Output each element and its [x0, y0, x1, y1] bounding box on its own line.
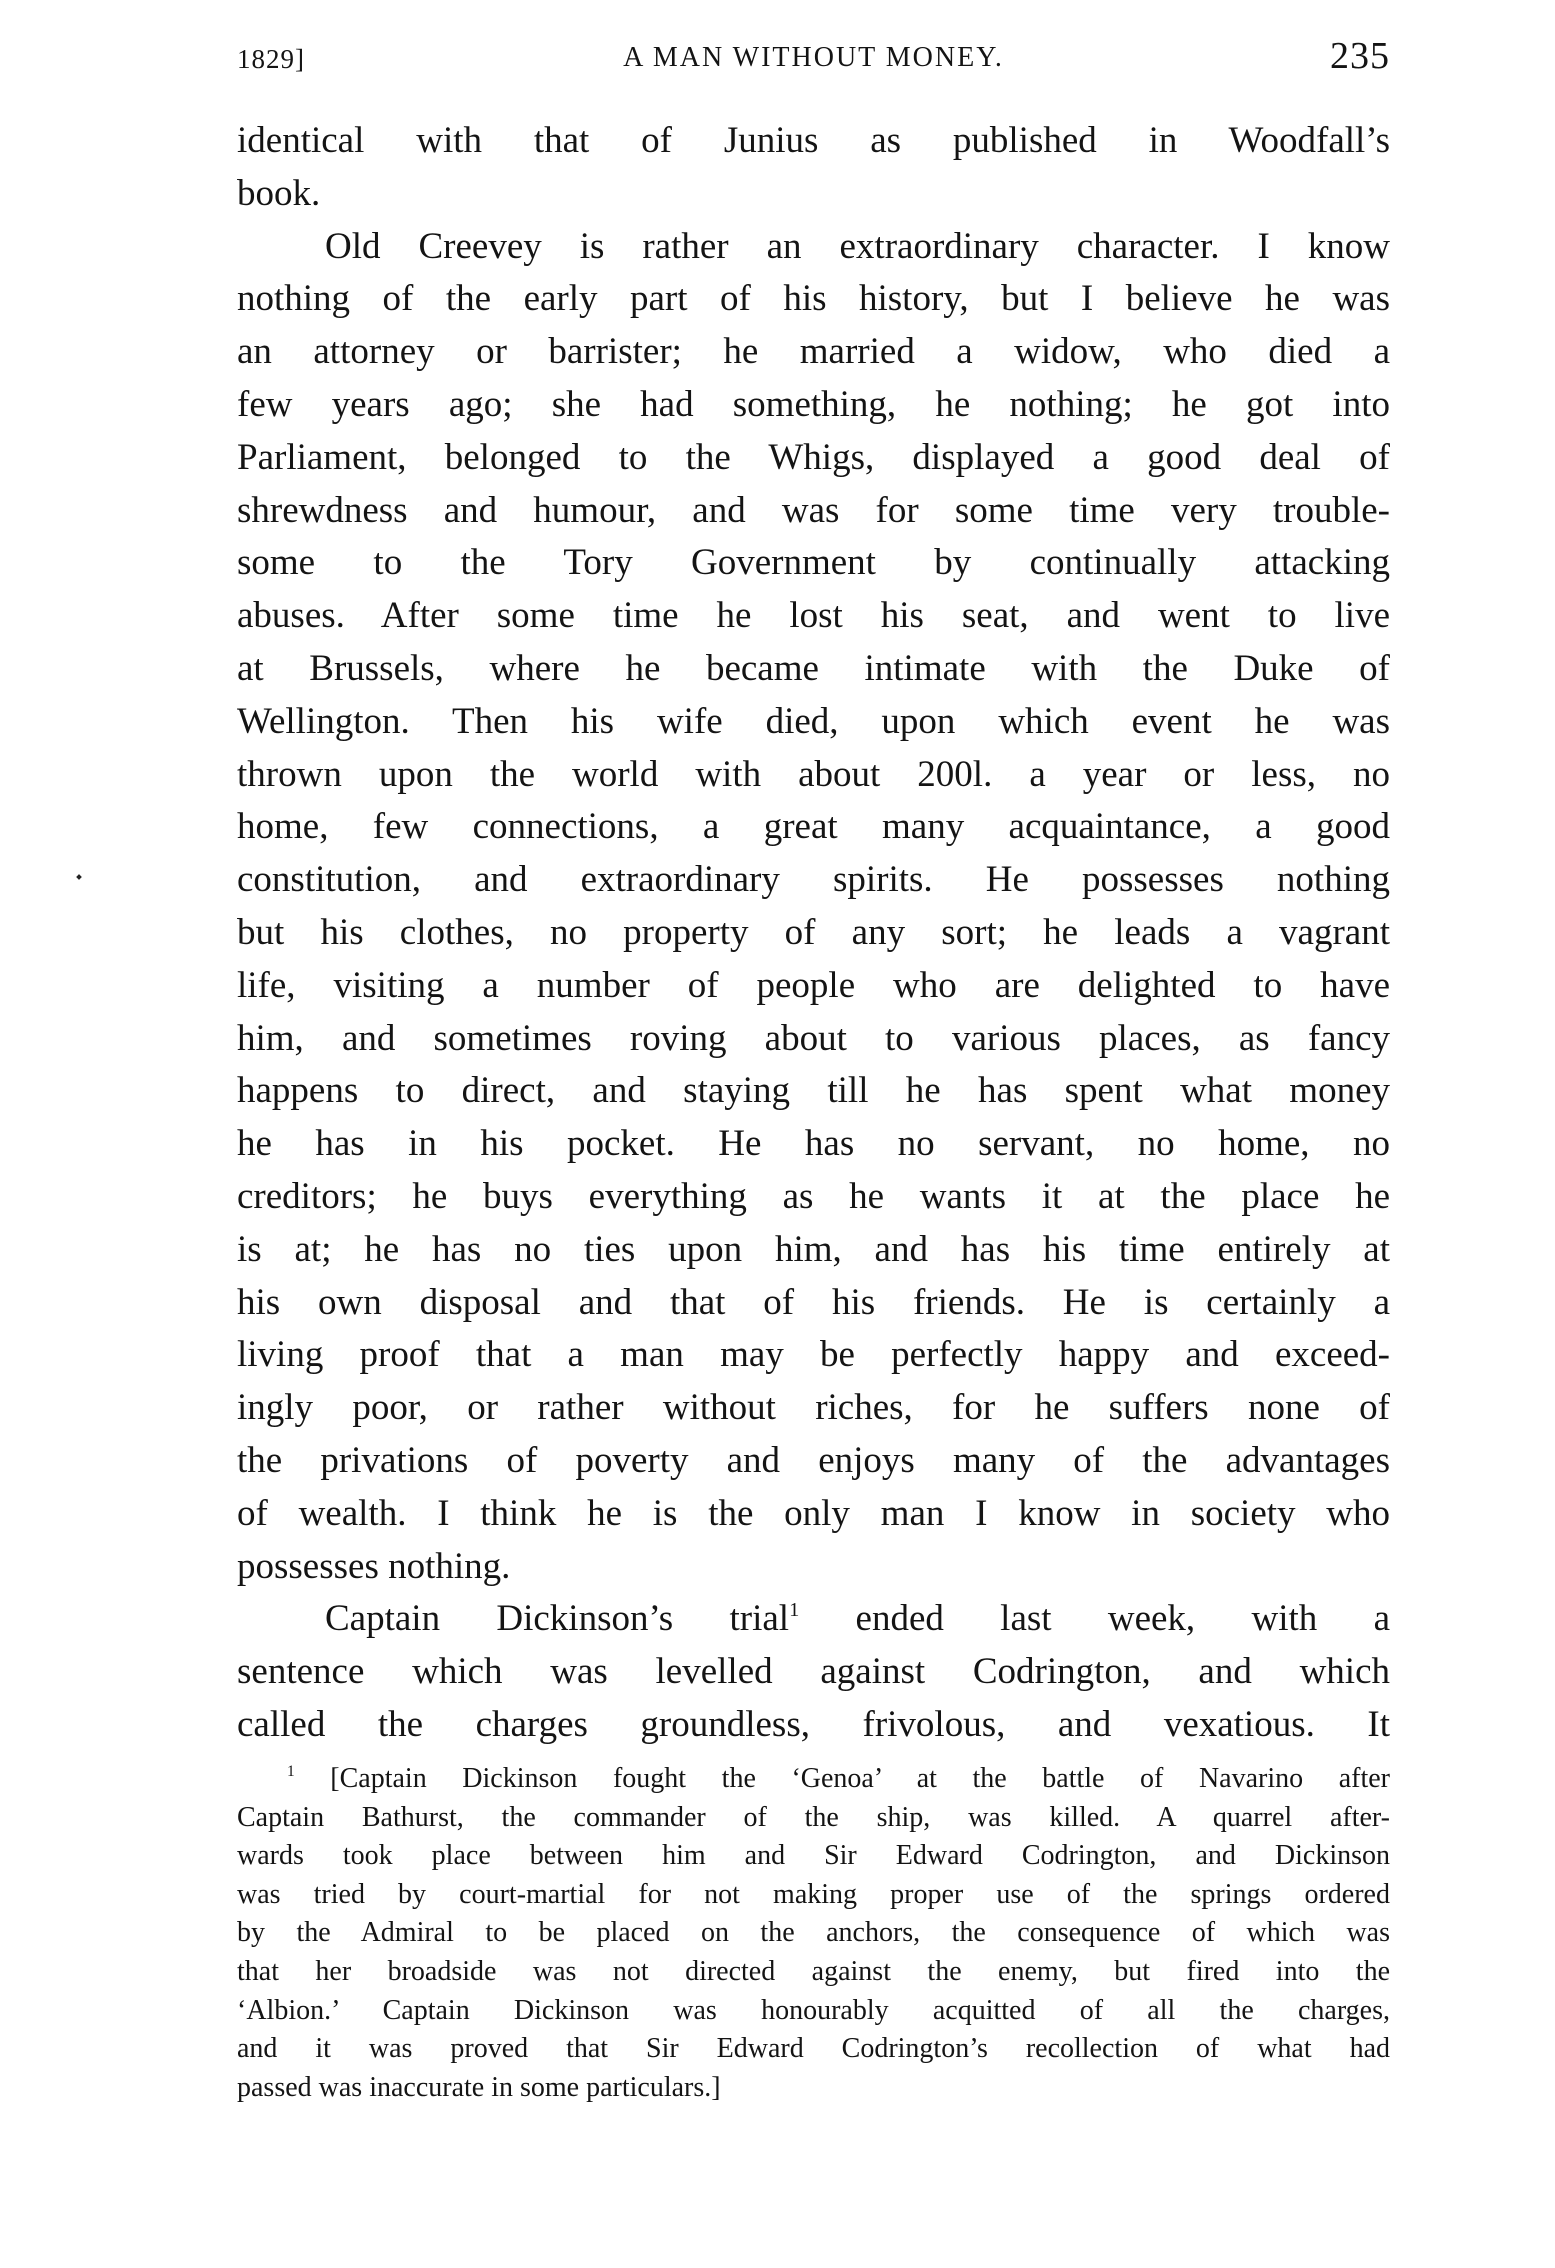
- footnote-line: wards took place between him and Sir Edw…: [237, 1837, 1390, 1876]
- body-line: the privations of poverty and enjoys man…: [237, 1435, 1390, 1488]
- body-line: book.: [237, 168, 1390, 221]
- body-line: possesses nothing.: [237, 1541, 1390, 1594]
- body-line: shrewdness and humour, and was for some …: [237, 485, 1390, 538]
- body-line: few years ago; she had something, he not…: [237, 379, 1390, 432]
- body-line: happens to direct, and staying till he h…: [237, 1065, 1390, 1118]
- body-line: at Brussels, where he became intimate wi…: [237, 643, 1390, 696]
- body-line: identical with that of Junius as publish…: [237, 115, 1390, 168]
- footnote-line: by the Admiral to be placed on the ancho…: [237, 1914, 1390, 1953]
- body-line: his own disposal and that of his friends…: [237, 1277, 1390, 1330]
- body-line: he has in his pocket. He has no servant,…: [237, 1118, 1390, 1171]
- paragraph-start-line: Old Creevey is rather an extraordinary c…: [237, 221, 1390, 274]
- body-line: sentence which was levelled against Codr…: [237, 1646, 1390, 1699]
- body-line-text: Captain Dickinson’s trial: [325, 1598, 789, 1639]
- scan-speck: [76, 874, 82, 880]
- body-line: home, few connections, a great many acqu…: [237, 801, 1390, 854]
- body-line: life, visiting a number of people who ar…: [237, 960, 1390, 1013]
- running-head: 1829] A MAN WITHOUT MONEY. 235: [237, 30, 1390, 80]
- footnote: 1 [Captain Dickinson fought the ‘Genoa’ …: [237, 1760, 1390, 2107]
- footnote-line: was tried by court-martial for not makin…: [237, 1876, 1390, 1915]
- footnote-reference[interactable]: 1: [789, 1599, 799, 1621]
- body-line: living proof that a man may be perfectly…: [237, 1329, 1390, 1382]
- footnote-line: that her broadside was not directed agai…: [237, 1953, 1390, 1992]
- body-line: is at; he has no ties upon him, and has …: [237, 1224, 1390, 1277]
- body-line: of wealth. I think he is the only man I …: [237, 1488, 1390, 1541]
- body-line: Parliament, belonged to the Whigs, displ…: [237, 432, 1390, 485]
- body-line: Wellington. Then his wife died, upon whi…: [237, 696, 1390, 749]
- body-line: nothing of the early part of his history…: [237, 273, 1390, 326]
- body-line: but his clothes, no property of any sort…: [237, 907, 1390, 960]
- page-number: 235: [1330, 34, 1390, 78]
- body-line: constitution, and extraordinary spirits.…: [237, 854, 1390, 907]
- footnote-line: Captain Bathurst, the commander of the s…: [237, 1799, 1390, 1838]
- body-line: him, and sometimes roving about to vario…: [237, 1013, 1390, 1066]
- body-line: some to the Tory Government by continual…: [237, 537, 1390, 590]
- running-head-title: A MAN WITHOUT MONEY.: [237, 42, 1390, 74]
- footnote-text: [Captain Dickinson fought the ‘Genoa’ at…: [330, 1763, 1390, 1794]
- footnote-line: ‘Albion.’ Captain Dickinson was honourab…: [237, 1992, 1390, 2031]
- body-line: called the charges groundless, frivolous…: [237, 1699, 1390, 1752]
- body-line: abuses. After some time he lost his seat…: [237, 590, 1390, 643]
- body-line: an attorney or barrister; he married a w…: [237, 326, 1390, 379]
- footnote-line: passed was inaccurate in some particular…: [237, 2069, 1390, 2108]
- body-line: creditors; he buys everything as he want…: [237, 1171, 1390, 1224]
- footnote-line: 1 [Captain Dickinson fought the ‘Genoa’ …: [237, 1760, 1390, 1799]
- body-line: thrown upon the world with about 200l. a…: [237, 749, 1390, 802]
- footnote-marker: 1: [287, 1763, 295, 1780]
- body-text: identical with that of Junius as publish…: [237, 115, 1390, 1752]
- footnote-line: and it was proved that Sir Edward Codrin…: [237, 2030, 1390, 2069]
- paragraph-start-line: Captain Dickinson’s trial1 ended last we…: [237, 1593, 1390, 1646]
- body-line: ingly poor, or rather without riches, fo…: [237, 1382, 1390, 1435]
- body-line-text: ended last week, with a: [799, 1598, 1390, 1639]
